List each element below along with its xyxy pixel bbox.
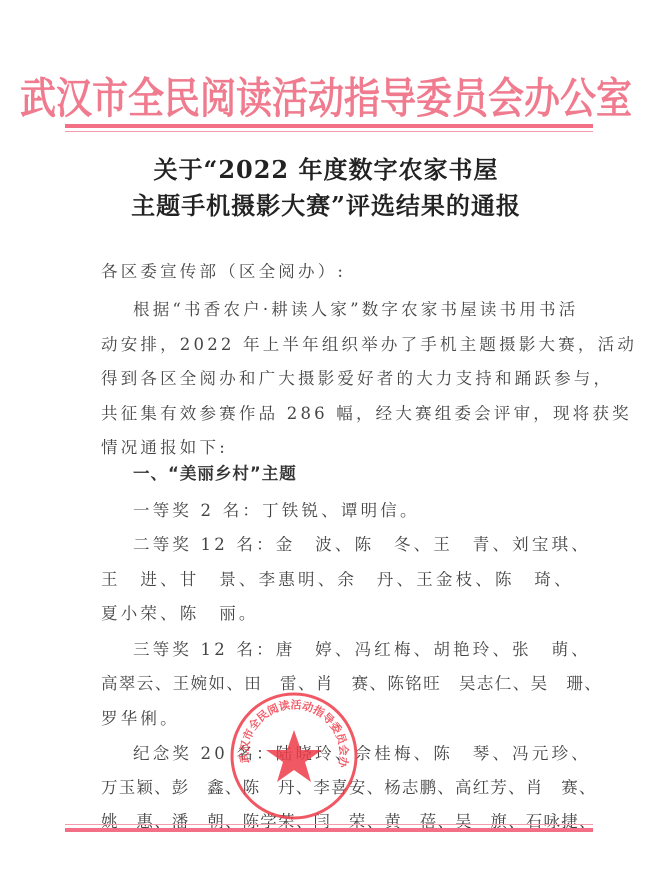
third-prize-line-1: 三等奖 12 名：唐 婷、冯红梅、胡艳玲、张 萌、: [133, 636, 591, 660]
commemorative-prize-line-1: 纪念奖 20 名：陆晓玲、佘桂梅、陈 琴、冯元珍、: [133, 740, 591, 764]
third-prize-line-3: 罗华俐。: [101, 705, 180, 729]
section-heading: 一、“美丽乡村”主题: [133, 460, 297, 484]
third-prize-line-2: 高翠云、王婉如、田 雷、肖 赛、陈铭旺 吴志仁、吴 珊、: [101, 670, 602, 694]
second-prize-line-3: 夏小荣、陈 丽。: [101, 600, 259, 624]
footer-rule-thin: [65, 824, 593, 825]
intro-line-1: 根据“书香农户·耕读人家”数字农家书屋读书用书活: [133, 296, 578, 320]
intro-line-4: 共征集有效参赛作品 286 幅，经大赛组委会评审，现将获奖: [101, 400, 632, 424]
document-title-line-2: 主题手机摄影大赛”评选结果的通报: [0, 186, 652, 221]
intro-line-5: 情况通报如下:: [101, 434, 228, 458]
second-prize-line-1: 二等奖 12 名：金 波、陈 冬、王 青、刘宝琪、: [133, 531, 591, 555]
letterhead-rule-thin: [65, 131, 593, 132]
intro-line-2: 动安排，2022 年上半年组织举办了手机主题摄影大赛，活动: [101, 331, 637, 355]
letterhead-title: 武汉市全民阅读活动指导委员会办公室: [0, 66, 652, 126]
intro-line-3: 得到各区全阅办和广大摄影爱好者的大力支持和踊跃参与，: [101, 365, 613, 389]
footer-rule-thick: [65, 828, 593, 832]
salutation: 各区委宣传部（区全阅办）:: [101, 258, 346, 282]
letterhead-rule-thick: [65, 124, 593, 128]
document-title-line-1: 关于“2022 年度数字农家书屋: [0, 150, 652, 185]
commemorative-prize-line-2: 万玉颖、彭 鑫、陈 丹、李喜安、杨志鹏、高红芳、肖 赛、: [101, 774, 597, 798]
first-prize-line: 一等奖 2 名：丁铁锐、谭明信。: [133, 497, 420, 521]
second-prize-line-2: 王 进、甘 景、李惠明、余 丹、王金枝、陈 琦、: [101, 566, 574, 590]
